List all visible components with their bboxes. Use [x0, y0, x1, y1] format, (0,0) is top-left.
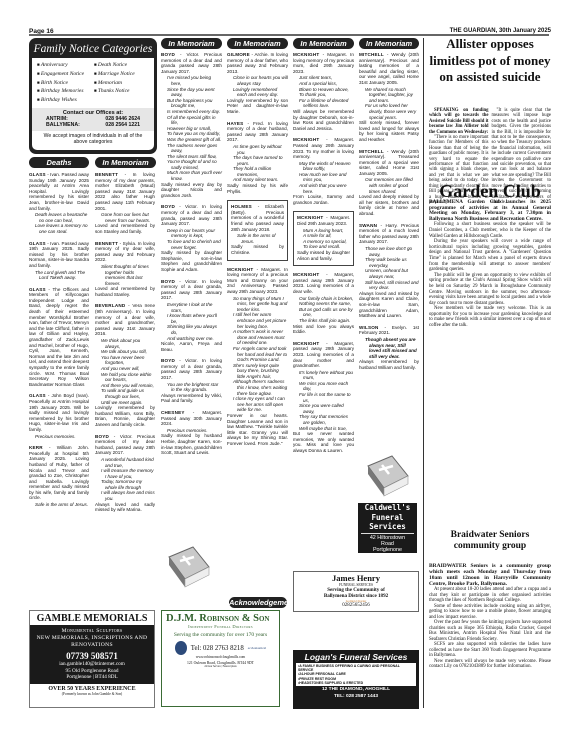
ad-subtitle: Independent Funeral Directors: [164, 624, 277, 629]
ad-title: James Henry: [294, 573, 418, 583]
verse-line: How much we love and miss you,: [299, 172, 354, 183]
notice-verse: Precious memories.: [29, 434, 89, 440]
verse-line: Our memories are filled with smiles of g…: [365, 177, 419, 194]
notice: HAYES - Fred. In loving memory of a dear…: [227, 121, 288, 195]
article-lead: SPEAKING on funding which will go toward…: [429, 108, 489, 135]
notice-signoff: Miss and love you always Eddie.: [293, 324, 354, 335]
verse-line: I still feel her warm embrace and yet pi…: [233, 312, 288, 329]
ad-website: www.robinsonsofcloughmills.com: [164, 655, 277, 659]
category-item: Thanks Notice: [94, 87, 149, 96]
notice: GILMORE - Archie. In loving memory of a …: [227, 52, 288, 115]
article-body: BRAIDWATER Seniors is a community group …: [429, 563, 551, 670]
verse-line: You are the brightest star in the sky gr…: [167, 382, 222, 393]
ad-service-item: •HEADSTONES SUPPLIED & ERECTED: [298, 681, 414, 685]
ad-phone: Tel: 028 25821666: [358, 554, 417, 559]
notice-text: - Vera Irene (9th Anniversary). In lovin…: [95, 303, 155, 336]
acknowledgement-heading: Acknowledgement: [229, 597, 287, 608]
notice-signoff: From Louise, Sammy and grandson Jordan.: [293, 194, 354, 205]
memoriam-heading: In Memoriam: [293, 38, 354, 49]
notice: MCKNIGHT - Margaret. In loving memory of…: [293, 52, 354, 131]
notice-verse: The Lord giveth and The Lord Taketh away…: [29, 270, 89, 281]
notice: GLASS - Ivan. Passed away 19th January 2…: [29, 241, 89, 281]
notice-verse: May the winds of Heaven blow softly,How …: [293, 161, 354, 195]
verse-line: It's lonely here without you mum,: [299, 370, 354, 381]
verse-line: But the happiness you brought me,: [167, 98, 222, 109]
notice-text: - The Officers and Members of Killycooga…: [29, 287, 89, 387]
notice-signoff: Sadly missed by husband Herbie, daughter…: [161, 433, 222, 455]
verse-line: A mother's work is never done and Heaven…: [233, 329, 288, 346]
notice-name: CHESNEY: [161, 410, 185, 415]
verse-line: Those we love don't go away,: [365, 246, 419, 257]
verse-line: We shared so much together, laughter, jo…: [365, 87, 419, 104]
verse-line: Nothing seems the same,: [299, 301, 354, 307]
verse-line: They hold a million memories,: [233, 166, 288, 177]
category-list: Anniversary Death Notice Engagement Noti…: [37, 61, 149, 105]
notice-verse: Those we love don't go away,They walk be…: [359, 246, 419, 291]
verse-line: Much more than you'll ever know.: [167, 170, 222, 181]
notice-verse: You are the brightest star in the sky gr…: [161, 382, 222, 393]
notice-name: GILMORE: [227, 52, 250, 57]
notice-signoff: Loved and remembered by son Stanley and …: [95, 223, 155, 234]
divider: [361, 533, 414, 534]
notice-name: GLASS: [29, 241, 46, 246]
notice-verse: We think about you always,We talk about …: [95, 338, 155, 405]
ad-small: 24 hour Service | Funeral plans: [164, 665, 277, 668]
verse-line: And wish that you were here.: [299, 183, 354, 194]
verse-line: You're thought of and so sadly missed,: [167, 159, 222, 170]
notice: MCKNIGHT - Margaret. Passed away 29th Ja…: [293, 137, 354, 205]
verse-line: Safe in the arms of Jesus.: [35, 502, 89, 508]
notice: MITCHELL - Wendy (20th anniversary). Pre…: [359, 52, 419, 143]
office-name: BALLYMENA:: [46, 122, 80, 129]
article-headline: Garden Club: [429, 181, 551, 201]
verse-line: Today, tomorrow my whole life through: [101, 479, 155, 490]
verse-line: I know thats where you'll be,: [167, 313, 222, 324]
caldwells-ad: Caldwell's Funeral Services 42 Hiltonsto…: [358, 503, 417, 553]
family-notice-categories: Family Notice Categories Anniversary Dea…: [29, 38, 157, 154]
verse-line: Is remembered every day.: [167, 109, 222, 115]
notice-verse: Silent thoughts of times together holds …: [95, 264, 155, 286]
article-headline: Braidwater Seniors community group: [429, 530, 551, 552]
verse-line: Unseen, unheard but always near,: [365, 268, 419, 279]
notice-text: - William John. Peacefully at hospital 5…: [29, 445, 89, 500]
notice-signoff: Sadly missed by Christine.: [231, 244, 284, 255]
notice-name: BEVERLAND: [95, 303, 125, 308]
notice-signoff: Will always be remembered by daughter De…: [293, 109, 354, 131]
verse-line: A wonderful husband kind and true,: [101, 457, 155, 468]
notice-verse: We shared so much together, laughter, jo…: [359, 87, 419, 121]
notice: WILSON - Evelyn. 1st February 2021.Thoug…: [359, 325, 419, 371]
verse-line: Of all the special gifts in life,: [167, 115, 222, 126]
notice: MCKNIGHT - Margaret, passed away 29th Ja…: [293, 341, 354, 454]
article-lead: BALLYMENA Garden Club launches its 2025 …: [429, 200, 551, 222]
ad-address: 12 THE DIAMOND, AHOGHILL: [296, 686, 416, 693]
notice: BENNETT - In loving memory of my dear pa…: [95, 172, 155, 235]
notice: HOLMES - Elizabeth (Betty). Precious mem…: [227, 200, 288, 260]
verse-line: Safe in the arms of Jesus.: [237, 233, 284, 244]
notice-text: - John Boyd (Ivan). Peacefully at Antrim…: [29, 393, 89, 432]
notice-name: MCKNIGHT: [293, 52, 319, 57]
verse-line: We think about you always,: [101, 338, 155, 349]
verse-line: Still loved, still missed and very dear.: [365, 280, 419, 291]
notice-verse: Safe in the arms of Jesus.: [29, 502, 89, 508]
verse-line: Since you were called away,: [299, 403, 354, 414]
verse-line: Deep in our hearts your memory is kept,: [167, 228, 222, 239]
category-item: Birthday Wishes: [37, 96, 92, 105]
ad-title: Logan's Funeral Services: [296, 652, 416, 663]
notice-signoff: Sadly missed by daughter Alison and fami…: [297, 250, 350, 261]
verse-line: The links shall join again.: [299, 318, 354, 324]
notice-signoff: Lovingly remembered by husband William, …: [95, 405, 155, 427]
verse-line: We hold you close within our hearts,: [101, 372, 155, 383]
verse-line: Love leaves a memory no one can steal.: [35, 223, 89, 234]
memoriam-heading: In Memoriam: [95, 157, 156, 168]
notice-signoff: Sadly missed by his wife Phyllis.: [227, 183, 288, 194]
notice-verse: I've missed you being here,Since the day…: [161, 75, 222, 181]
notice: MCKNIGHT - Margaret, passed away 29th Ja…: [293, 272, 354, 335]
verse-line: May the winds of Heaven blow softly,: [299, 161, 354, 172]
ad-phone: 07739 508571: [32, 651, 152, 661]
article-headline: Allister opposes limitless pot of money …: [429, 36, 551, 86]
article-paragraph: The public will be given an opportunity …: [429, 273, 551, 307]
article-paragraph: Some of these activities include cooking…: [429, 604, 551, 621]
verse-line: The Lord giveth and The Lord Taketh away…: [35, 270, 89, 281]
deaths-column: GLASS - Ivan. Passed away Sunday 19th Ja…: [29, 172, 89, 514]
james-henry-ad: James Henry FUNERAL SERVICES Serving the…: [293, 571, 419, 612]
notice-signoff: Sadly missed by daughter Stephanie, son-…: [161, 250, 222, 272]
notice-signoff: Always remembered by Vikki, Paul and fam…: [161, 393, 222, 404]
verse-line: I close my eyes and I can see her arms s…: [233, 396, 288, 413]
bible-icon: [362, 454, 412, 500]
notice-name: HAYES: [227, 121, 243, 126]
verse-line: As time goes by without you.: [233, 144, 288, 155]
verse-line: Since the day you went away,: [167, 87, 222, 98]
ad-address: Portglenone: [358, 547, 417, 553]
memoriam-column: BOYD - Victor. Precious memories of a de…: [161, 52, 222, 462]
notice-signoff: Loved and remembered by husband Stanley.: [95, 286, 155, 297]
accept-note: We accept images of individuals in all o…: [37, 133, 149, 146]
article-lead: BRAIDWATER Seniors is a community group …: [429, 563, 551, 587]
notice: SWANN - Harry. Precious memories of a mu…: [359, 223, 419, 319]
verse-line: Precious memories.: [35, 434, 89, 440]
notice-signoff: Always loved and sadly missed by wife Ma…: [95, 502, 155, 513]
article-body: BALLYMENA Garden Club launches its 2025 …: [429, 200, 551, 329]
djm-robinson-ad: D.J.M. Robinson & Son Independent Funera…: [161, 610, 280, 707]
notice-name: GLASS: [29, 287, 46, 292]
category-item: Birth Notice: [37, 79, 92, 88]
article-paragraph: New members will be made very welcome. T…: [429, 306, 551, 328]
verse-line: I will treasure the memory I have of you…: [101, 468, 155, 479]
notice-name: MITCHELL: [359, 52, 384, 57]
ad-title: D.J.M. Robinson & Son: [164, 613, 277, 624]
bible-icon: [163, 545, 213, 591]
notice-name: SWANN: [359, 223, 377, 228]
verse-line: To love and to cherish and never forget.: [167, 239, 222, 250]
notice-verse: Everytime I look at the stars,I know tha…: [161, 302, 222, 341]
article-paragraph: At present about 18-20 ladies attend and…: [429, 587, 551, 604]
notice-signoff: Always remembered by husband William and…: [359, 359, 419, 370]
verse-line: You have never been forgotten,: [101, 355, 155, 366]
notice: GLASS - The Officers and Members of Kill…: [29, 287, 89, 388]
notice: MCKNIGHT - Margaret. In loving memory of…: [227, 267, 288, 447]
notice-name: WILSON: [359, 325, 379, 330]
notice: BOYD - Victor. Precious memories of my d…: [95, 434, 155, 513]
article-paragraph: SCFS are also supported with toiletries …: [429, 642, 551, 659]
verse-line: The days have turned to years.: [233, 155, 288, 166]
column-divider: [423, 38, 424, 708]
notice-signoff: Still sorely missed, forever loved and l…: [359, 120, 419, 142]
ad-phone: TEL: 028 2587 1443: [296, 693, 416, 700]
verse-line: For Angels came and took her hand and le…: [233, 346, 288, 363]
ad-title: Services: [358, 522, 417, 532]
article-paragraph: Over the past few years the knitting pro…: [429, 620, 551, 642]
category-item: Memoriam: [94, 79, 149, 88]
category-item: Death Notice: [94, 61, 149, 70]
notice-signoff: Nicole, Aaron, Freya and Beau.: [161, 341, 222, 352]
ad-formerly: (Formerly known as John Gamble & Son): [30, 692, 154, 696]
notice: BENNETT - Sylvia. In loving memory of my…: [95, 241, 155, 298]
memoriam-heading: In Memoriam: [161, 38, 222, 49]
notice-text: - In loving memory of my dear parents, m…: [95, 172, 155, 211]
deaths-heading: Deaths: [29, 157, 89, 168]
notice-verse: Mum A loving heart,A smile for all,A mem…: [297, 228, 350, 250]
ad-services: NEW MEMORIALS, INSCRIPTIONS AND RENOVATI…: [32, 635, 152, 649]
gamble-memorials-ad: GAMBLE MEMORIALS Monumental Sculptors NE…: [29, 610, 155, 708]
ad-service-item: •A FAMILY BUSINESS OFFERING A CARING AND…: [298, 664, 414, 672]
memoriam-column: MCKNIGHT - Margaret. In loving memory of…: [293, 52, 354, 460]
notice-verse: Our family chain is broken,Nothing seems…: [293, 296, 354, 324]
memoriam-heading: In Memoriam: [227, 38, 288, 49]
notice: GLASS - John Boyd (Ivan). Peacefully at …: [29, 393, 89, 439]
notice-name: BOYD: [161, 204, 175, 209]
ad-experience: OVER 50 YEARS EXPERIENCE: [30, 684, 154, 692]
notice-verse: Just silent tears,And a special kiss,Blo…: [293, 75, 354, 109]
ad-serving: Serving the community for over 170 years: [164, 632, 277, 638]
notice-signoff: Forever in our hearts. Daughter Leanne a…: [227, 413, 288, 447]
verse-line: Death leaves a heartache no one can heal…: [35, 212, 89, 223]
notice-name: MCKNIGHT: [293, 137, 319, 142]
memoriam-heading: In Memoriam: [359, 38, 419, 49]
article-paragraph: During the year speakers will cover a wi…: [429, 239, 551, 273]
verse-line: She's surely kept quite busy there, brus…: [233, 363, 288, 380]
notice-text: - Wendy (20th anniversary). Precious and…: [359, 52, 419, 85]
notice-signoff: Loved and deeply missed by all her siste…: [359, 194, 419, 216]
verse-line: Gone from our lives but never from our h…: [101, 212, 155, 223]
ad-title: Funeral: [358, 513, 417, 523]
verse-line: The sadness never goes away,: [167, 143, 222, 154]
notice-signoff: But we never wanted memories, We only wa…: [293, 431, 354, 453]
ad-subtitle: Monumental Sculptors: [32, 628, 152, 635]
verse-line: Everytime I look at the stars,: [167, 302, 222, 313]
notice-name: MCKNIGHT: [293, 272, 319, 277]
verse-line: I will always love and miss you.: [101, 490, 155, 501]
notice-verse: Our memories are filled with smiles of g…: [359, 177, 419, 194]
notice: BOYD - Victor. In loving memory of a dea…: [161, 204, 222, 272]
memoriam-column: BENNETT - In loving memory of my dear pa…: [95, 172, 155, 519]
notice-verse: Safe in the arms of Jesus.: [231, 233, 284, 244]
notice-name: HOLMES: [231, 204, 252, 209]
contact-offices: Contact our Offices at: ANTRIM:028 9446 …: [32, 108, 154, 131]
ad-address: Portglenone | BT44 8DL: [32, 674, 152, 681]
verse-line: We miss you more each day,: [299, 381, 354, 392]
ad-email: ian.gamble140@btinternet.com: [32, 661, 152, 668]
memoriam-column: GILMORE - Archie. In loving memory of a …: [227, 52, 288, 453]
notice-name: BENNETT: [95, 172, 118, 177]
category-item: Birthday Memories: [37, 87, 92, 96]
notice-verse: As time goes by without you.The days hav…: [227, 144, 288, 183]
verse-line: So many things of Mum I miss, her gentle…: [233, 296, 288, 313]
notice-text: - Ivan. Passed away Sunday 19th January …: [29, 172, 89, 211]
notice: BOYD - Victor. Precious memories of a de…: [161, 52, 222, 198]
verse-line: They say that memories are golden,: [299, 414, 354, 425]
notice-name: BOYD: [161, 358, 175, 363]
ad-services: •A FAMILY BUSINESS OFFERING A CARING AND…: [296, 663, 416, 686]
verse-line: For life is not the same to us,: [299, 392, 354, 403]
notice-signoff: Always loved and missed by daughters Kar…: [359, 291, 419, 319]
ad-title: Caldwell's: [358, 503, 417, 513]
notice: BEVERLAND - Vera Irene (9th Anniversary)…: [95, 303, 155, 427]
notice-name: GLASS: [29, 393, 46, 398]
notice-name: BENNETT: [95, 241, 118, 246]
notice-name: MCKNIGHT: [297, 215, 323, 220]
notice: MITCHELL - Wendy (20th anniversary). Tre…: [359, 149, 419, 217]
notice-verse: Gone from our lives but never from our h…: [95, 212, 155, 223]
verse-line: Silent thoughts of times together holds …: [101, 264, 155, 286]
article-paragraph: Following a short business session the s…: [429, 222, 551, 239]
article-paragraph: New members will always be made very wel…: [429, 659, 551, 670]
notice-name: KERR: [29, 445, 43, 450]
notice-verse: It's lonely here without you mum,We miss…: [293, 370, 354, 432]
notice-verse: Close in our hearts you will always stay…: [227, 75, 288, 97]
verse-line: Was the greatest gift of all.: [167, 137, 222, 143]
notice-name: MITCHELL: [359, 149, 384, 154]
crest-icon: [175, 641, 187, 655]
notice: GLASS - Ivan. Passed away Sunday 19th Ja…: [29, 172, 89, 235]
notice: KERR - William John. Peacefully at hospi…: [29, 445, 89, 508]
verse-line: For a lifetime of devoted selfless love.: [299, 98, 354, 109]
notice-verse: Deep in our hearts your memory is kept,T…: [161, 228, 222, 250]
category-item: Marriage Notice: [94, 70, 149, 79]
memoriam-column: MITCHELL - Wendy (20th anniversary). Pre…: [359, 52, 419, 376]
ad-address: 95 Old Portglenone Road: [32, 668, 152, 675]
notice: BOYD - Victor. In loving memory of a dea…: [161, 279, 222, 353]
verse-line: For us who loved her dearly, those were …: [365, 103, 419, 120]
notice-verse: So many things of Mum I miss, her gentle…: [227, 296, 288, 413]
notice-name: GLASS: [29, 172, 46, 177]
verse-line: To walk and guide us through our lives,: [101, 388, 155, 399]
verse-line: Close in our hearts you will always stay: [233, 75, 288, 86]
notice-name: BOYD: [95, 434, 109, 439]
notice: BOYD - Victor. In loving memory of a dea…: [161, 358, 222, 404]
verse-line: They walk beside us everyday,: [365, 257, 419, 268]
notice: CHESNEY - Margaret. Passed away 30th Jan…: [161, 410, 222, 456]
notice-verse: A wonderful husband kind and true,I will…: [95, 457, 155, 502]
notice-name: MCKNIGHT: [293, 341, 319, 346]
notice-signoff: Lovingly remembered by son Peter and dau…: [227, 98, 288, 115]
logans-ad: Logan's Funeral Services •A FAMILY BUSIN…: [293, 650, 419, 709]
verse-line: Shinning like you always do,: [167, 324, 222, 335]
verse-line: Lovingly remembered each and every day.: [233, 87, 288, 98]
ad-title: GAMBLE MEMORIALS: [30, 611, 154, 625]
verse-line: Although there's sadness this I know, sh…: [233, 379, 288, 396]
ad-phone: Tel: 028 2763 8218: [191, 645, 244, 652]
ecclesiastical-badge: ecclesiastical: [248, 646, 266, 650]
notice-name: BOYD: [161, 279, 175, 284]
notice-signoff: Sadly missed every day by daughter Nicol…: [161, 182, 222, 199]
notice-name: MCKNIGHT: [227, 267, 253, 272]
verse-line: But as god calls us one by one,: [299, 307, 354, 318]
category-item: Engagement Notice: [37, 70, 92, 79]
category-item: Anniversary: [37, 61, 92, 70]
verse-line: I've missed you being here,: [167, 75, 222, 86]
categories-title: Family Notice Categories: [32, 41, 154, 58]
notice: MCKNIGHT - Margaret. Died 29th January 2…: [293, 211, 354, 266]
notice-name: BOYD: [161, 52, 175, 57]
notice-verse: Though absent you are always near, Still…: [359, 337, 419, 359]
office-phone: 028 2564 1221: [105, 122, 140, 129]
ad-phone: 02825652456: [294, 603, 418, 608]
notice-verse: Death leaves a heartache no one can heal…: [29, 212, 89, 234]
verse-line: Though absent you are always near, Still…: [365, 337, 419, 359]
